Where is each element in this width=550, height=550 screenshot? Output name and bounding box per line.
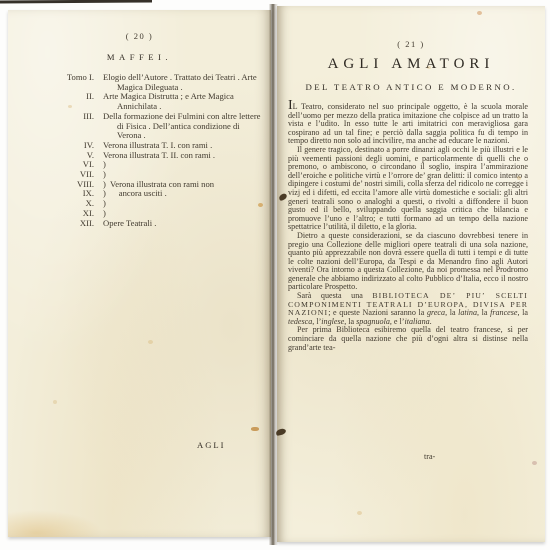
- paragraph-5: Per prima Biblioteca esibiremo quella de…: [288, 326, 528, 352]
- right-page: ( 21 ) AGLI AMATORI DEL TEATRO ANTICO E …: [277, 6, 545, 542]
- paragraph-1: IL Teatro, considerato nel suo principal…: [288, 102, 528, 146]
- foxing-spot: [532, 461, 537, 465]
- catalog-row: VI. ): [32, 160, 261, 170]
- text-run: L Teatro, considerato nel suo principale…: [288, 102, 528, 145]
- page-number-left: ( 20 ): [8, 31, 271, 41]
- catalog-row: X. ): [32, 199, 261, 209]
- maffei-heading: MAFFEI.: [8, 52, 271, 62]
- catalog-row: III. Della formazione dei Fulmini con al…: [32, 112, 261, 141]
- book-edge: [0, 0, 152, 4]
- page-number-right: ( 21 ): [277, 39, 545, 49]
- catalog-row: V. Verona illustrata T. II. con rami .: [32, 151, 261, 161]
- catchword-right: tra-: [424, 452, 435, 461]
- foxing-spot: [357, 511, 362, 515]
- catalog-row: Tomo I. Elogio dell’Autore . Trattato de…: [32, 73, 261, 92]
- catalog-entry-text: ) ancora usciti .: [103, 189, 261, 199]
- foxing-spot: [148, 340, 153, 344]
- catalog-entry-text: Arte Magica Distrutta ; e Arte Magica An…: [103, 92, 261, 111]
- paragraph-2: Il genere tragico, destinato a porre din…: [288, 146, 528, 232]
- paper-stain: [8, 510, 103, 537]
- page-title: AGLI AMATORI: [277, 56, 545, 73]
- text-run: , la: [518, 308, 528, 317]
- catalog-row: XII. Opere Teatrali .: [32, 219, 261, 229]
- text-run: Dietro a queste considerazioni, se da ci…: [288, 231, 528, 292]
- text-run: Per prima Biblioteca esibiremo quella de…: [288, 325, 528, 351]
- text-run: Il genere tragico, destinato a porre din…: [288, 145, 528, 231]
- catchword-left: AGLI: [197, 440, 226, 450]
- catalog-row: IX. ) ancora usciti .: [32, 189, 261, 199]
- catalog-entry-text: Della formazione dei Fulmini con altre l…: [103, 112, 261, 141]
- tomo-numeral: Tomo I.: [32, 73, 103, 92]
- book-photo: ( 20 ) MAFFEI. Tomo I. Elogio dell’Autor…: [0, 0, 550, 550]
- catalog-entry-text: Verona illustrata T. II. con rami .: [103, 151, 261, 161]
- text-run: latina: [458, 308, 477, 317]
- tomo-numeral: III.: [32, 112, 103, 141]
- foxing-spot: [477, 11, 482, 15]
- foxing-spot: [251, 427, 259, 431]
- text-run: , la: [445, 308, 458, 317]
- page-subtitle: DEL TEATRO ANTICO E MODERNO.: [277, 82, 545, 92]
- tomo-numeral: II.: [32, 92, 103, 111]
- text-run: , la: [477, 308, 490, 317]
- catalog-entry-text: ): [103, 160, 261, 170]
- catalog-entry-text: ): [103, 199, 261, 209]
- catalog-entry-text: Opere Teatrali .: [103, 219, 261, 229]
- tomo-numeral: XII.: [32, 219, 103, 229]
- foxing-spot: [53, 400, 57, 404]
- left-page: ( 20 ) MAFFEI. Tomo I. Elogio dell’Autor…: [8, 10, 271, 537]
- catalog-row: II. Arte Magica Distrutta ; e Arte Magic…: [32, 92, 261, 111]
- text-run: francese: [490, 308, 517, 317]
- works-catalog: Tomo I. Elogio dell’Autore . Trattato de…: [32, 73, 261, 228]
- paragraph-4: Sarà questa una BIBLIOTECA DE’ PIU’ SCEL…: [288, 292, 528, 326]
- body-text: IL Teatro, considerato nel suo principal…: [288, 102, 528, 352]
- paragraph-3: Dietro a queste considerazioni, se da ci…: [288, 232, 528, 292]
- catalog-entry-text: Elogio dell’Autore . Trattato dei Teatri…: [103, 73, 261, 92]
